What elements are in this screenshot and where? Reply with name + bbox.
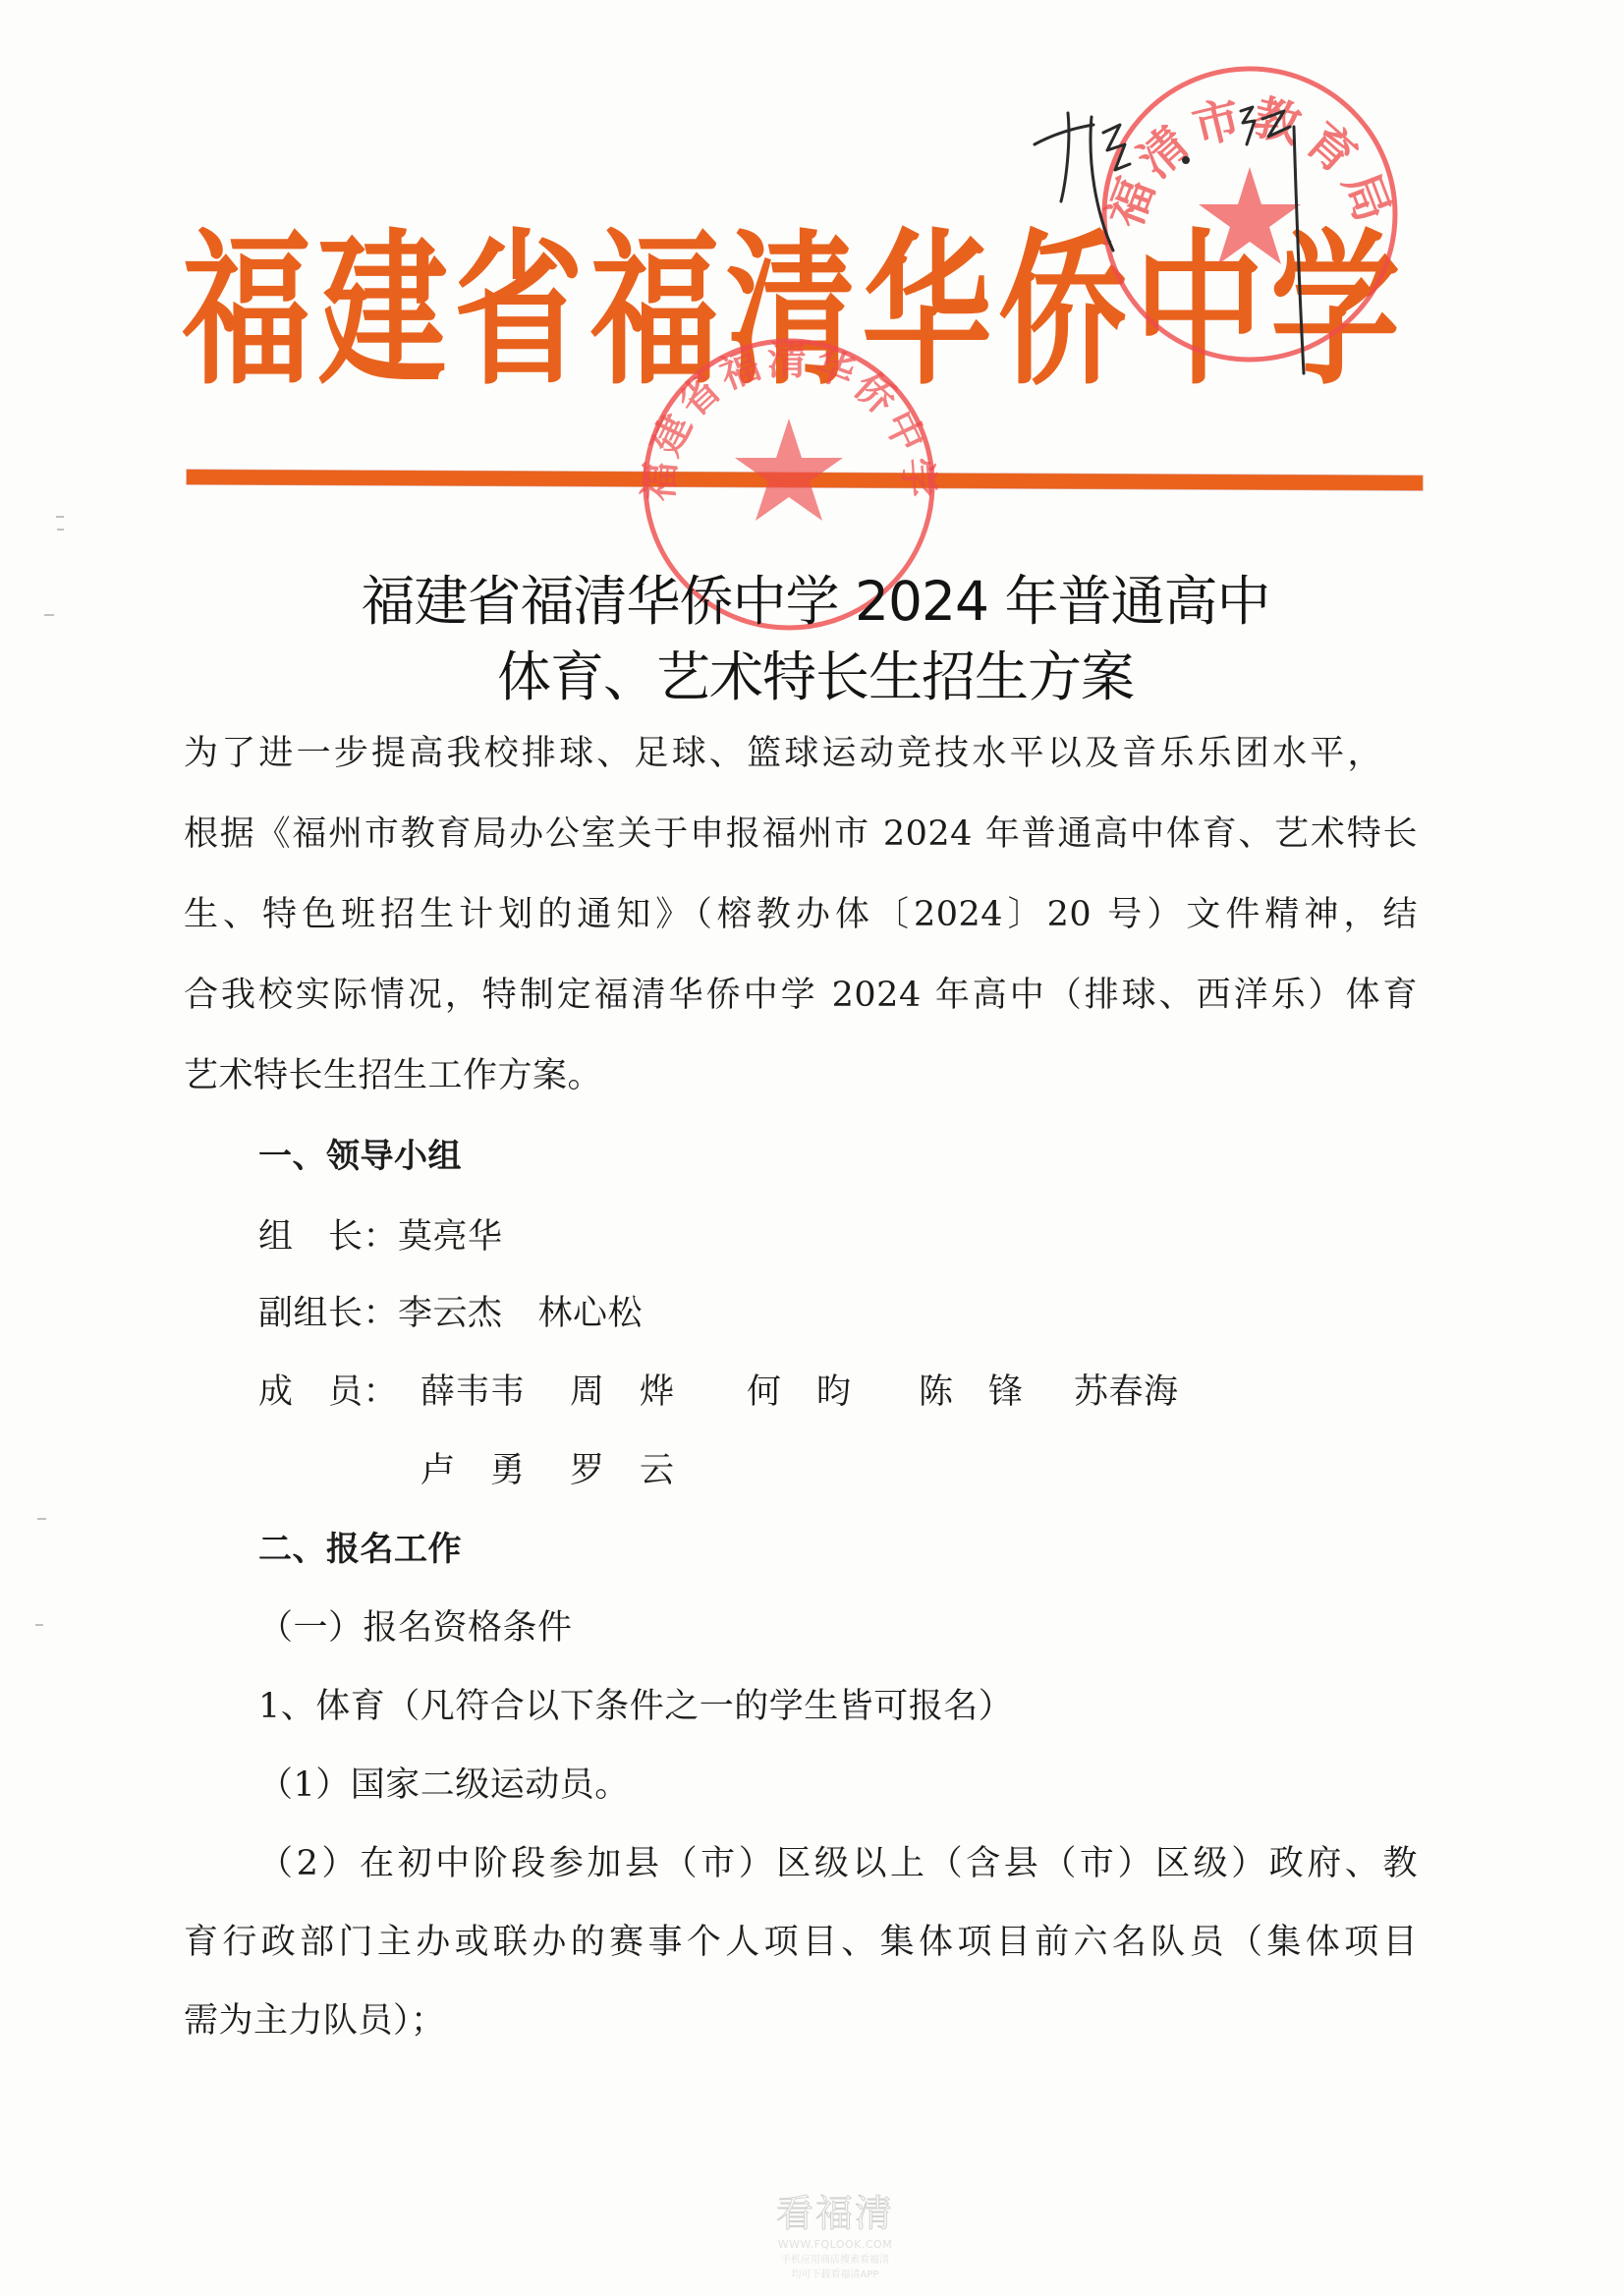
leader-label: 组 长： [258,1217,398,1257]
masthead-char: 清 [726,229,856,395]
intro-paragraph-line: 生、特色班招生计划的通知》（榕教办体〔2024〕20 号）文件精神，结 [184,898,1418,932]
condition-2-line: （2）在初中阶段参加县（市）区级以上（含县（市）区级）政府、教 [258,1847,1418,1881]
section-heading-leadership: 一、领导小组 [258,1140,462,1173]
member-name: 薛韦韦 [420,1375,526,1410]
watermark-line: 手机应用商店搜索看福清 [747,2251,924,2266]
member-name: 何 昀 [747,1375,852,1410]
masthead-char: 华 [863,229,992,395]
intro-paragraph-line: 为了进一步提高我校排球、足球、篮球运动竞技水平以及音乐乐团水平， [184,737,1382,771]
member-name: 陈 锋 [919,1375,1024,1410]
scan-mark [37,1518,46,1520]
masthead-char: 福 [182,229,311,395]
condition-2-line: 育行政部门主办或联办的赛事个人项目、集体项目前六名队员（集体项目 [184,1926,1418,1960]
section-heading-registration: 二、报名工作 [258,1533,462,1566]
masthead-char: 省 [454,229,584,395]
watermark-url: WWW.FQLOOK.COM [747,2238,924,2251]
deputy-label: 副组长： [258,1294,398,1333]
document-title-line-1: 福建省福清华侨中学 2024 年普通高中 [196,575,1434,629]
leader-row: 组 长：莫亮华 [258,1220,503,1255]
leader-name: 莫亮华 [398,1217,503,1257]
intro-paragraph-line: 合我校实际情况，特制定福清华侨中学 2024 年高中（排球、西洋乐）体育 [184,979,1418,1013]
scan-mark [44,614,54,616]
masthead-char: 建 [318,229,448,395]
member-name: 卢 勇 [420,1454,526,1488]
intro-paragraph-line: 根据《福州市教育局办公室关于申报福州市 2024 年普通高中体育、艺术特长 [184,817,1418,852]
deputy-name: 林心松 [538,1294,644,1333]
member-name: 罗 云 [570,1454,675,1488]
watermark-line: 均可下载看福清APP [747,2266,924,2280]
watermark-brand: 看福清 [747,2183,924,2237]
watermark: 看福清 WWW.FQLOOK.COM 手机应用商店搜索看福清 均可下载看福清AP… [747,2183,924,2280]
deputy-name: 李云杰 [398,1294,503,1333]
condition-2-line: 需为主力队员）； [184,2004,446,2039]
masthead-divider [187,470,1423,490]
members-row-continued: 卢 勇 罗 云 [258,1454,848,1493]
member-name: 周 烨 [570,1375,675,1410]
condition-1: （1）国家二级运动员。 [258,1768,630,1803]
members-row: 成 员： 薛韦韦 周 烨 何 昀 陈 锋 苏春海 [258,1375,1241,1415]
scan-mark [56,516,64,518]
member-name: 苏春海 [1074,1375,1179,1410]
masthead-char: 福 [590,229,720,395]
scan-mark [35,1624,43,1626]
subsection-eligibility: （一）报名资格条件 [258,1611,573,1646]
intro-paragraph-line: 艺术特长生招生工作方案。 [184,1059,602,1093]
deputy-row: 副组长：李云杰林心松 [258,1297,643,1331]
scan-mark [57,529,64,531]
members-label: 成 员： [258,1375,398,1410]
item-sports: 1、体育（凡符合以下条件之一的学生皆可报名） [258,1690,1013,1724]
signature-icon [1027,103,1321,388]
handwritten-signature [1027,103,1321,388]
document-title-line-2: 体育、艺术特长生招生方案 [196,650,1434,704]
